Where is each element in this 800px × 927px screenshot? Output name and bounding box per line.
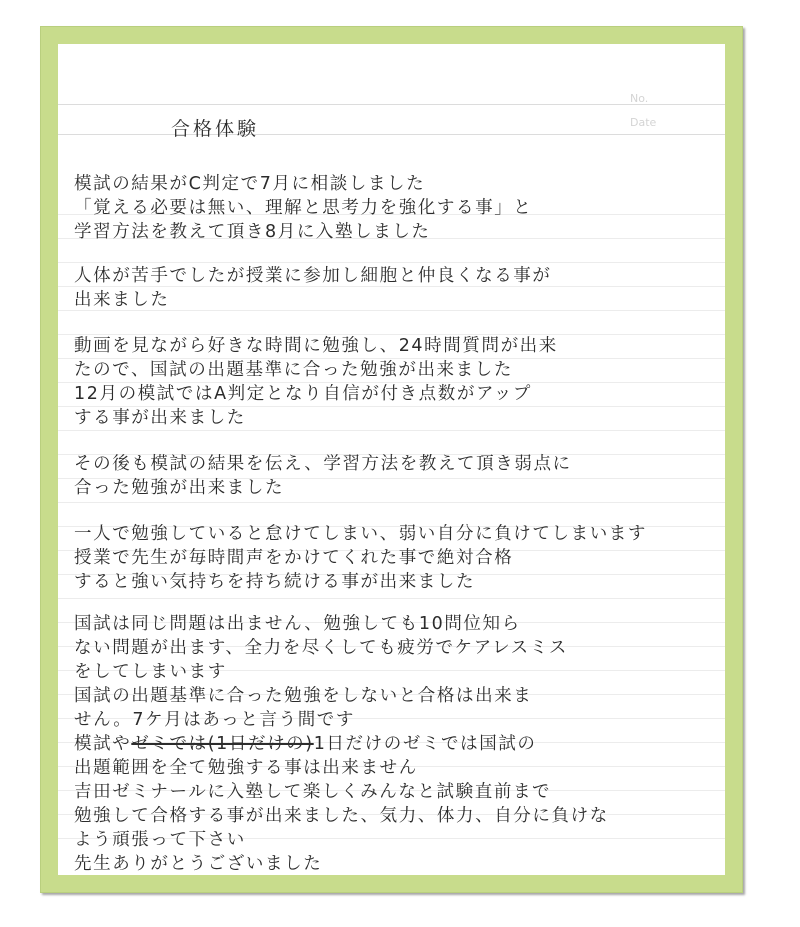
- text-line: 動画を見ながら好きな時間に勉強し、24時間質問が出来: [74, 334, 558, 358]
- text-line-with-strikethrough: 模試やゼミでは(1日だけの)1日だけのゼミでは国試の: [74, 732, 537, 756]
- text-line: たので、国試の出題基準に合った勉強が出来ました: [74, 358, 513, 382]
- header-rule: [58, 134, 725, 135]
- text-line: 合った勉強が出来ました: [74, 476, 284, 500]
- header-rule: [58, 104, 725, 105]
- text-line: 学習方法を教えて頂き8月に入塾しました: [74, 220, 431, 244]
- ruled-line: [58, 502, 725, 503]
- text-line: 勉強して合格する事が出来ました、気力、体力、自分に負けな: [74, 804, 609, 828]
- text-line: ない問題が出ます、全力を尽くしても疲労でケアレスミス: [74, 636, 568, 660]
- text-line: 一人で勉強していると怠けてしまい、弱い自分に負けてしまいます: [74, 522, 647, 546]
- document-title: 合格体験: [171, 114, 259, 141]
- text-line: 国試は同じ問題は出ません、勉強しても10問位知ら: [74, 612, 521, 636]
- text-line: 「覚える必要は無い、理解と思考力を強化する事」と: [74, 196, 532, 220]
- text-line: その後も模試の結果を伝え、学習方法を教えて頂き弱点に: [74, 452, 572, 476]
- green-frame: No. Date 合格体験 模試の結果がC判定で7月に相談しました: [40, 26, 743, 893]
- ruled-line: [58, 262, 725, 263]
- text-line: をしてしまいます: [74, 660, 227, 684]
- text-line: 12月の模試ではA判定となり自信が付き点数がアップ: [74, 382, 532, 406]
- text-line: 吉田ゼミナールに入塾して楽しくみんなと試験直前まで: [74, 780, 551, 804]
- date-label: Date: [630, 116, 656, 129]
- text-line: 先生ありがとうございました: [74, 852, 322, 875]
- text-after-strike: 1日だけのゼミでは国試の: [314, 734, 537, 754]
- text-line: 授業で先生が毎時間声をかけてくれた事で絶対合格: [74, 546, 513, 570]
- struck-out-text: ゼミでは(1日だけの): [131, 734, 313, 754]
- text-line: 模試の結果がC判定で7月に相談しました: [74, 172, 425, 196]
- text-line: 人体が苦手でしたが授業に参加し細胞と仲良くなる事が: [74, 264, 552, 288]
- no-label: No.: [630, 92, 648, 105]
- ruled-line: [58, 598, 725, 599]
- text-line: すると強い気持ちを持ち続ける事が出来ました: [74, 570, 475, 594]
- text-line: する事が出来ました: [74, 406, 246, 430]
- text-line: 出題範囲を全て勉強する事は出来ません: [74, 756, 418, 780]
- ruled-line: [58, 430, 725, 431]
- notebook-page: No. Date 合格体験 模試の結果がC判定で7月に相談しました: [58, 44, 725, 875]
- text-line: せん。7ケ月はあっと言う間です: [74, 708, 355, 732]
- text-line: 国試の出題基準に合った勉強をしないと合格は出来ま: [74, 684, 532, 708]
- text-line: よう頑張って下さい: [74, 828, 246, 852]
- text-line: 出来ました: [74, 288, 170, 312]
- text-before-strike: 模試や: [74, 734, 131, 754]
